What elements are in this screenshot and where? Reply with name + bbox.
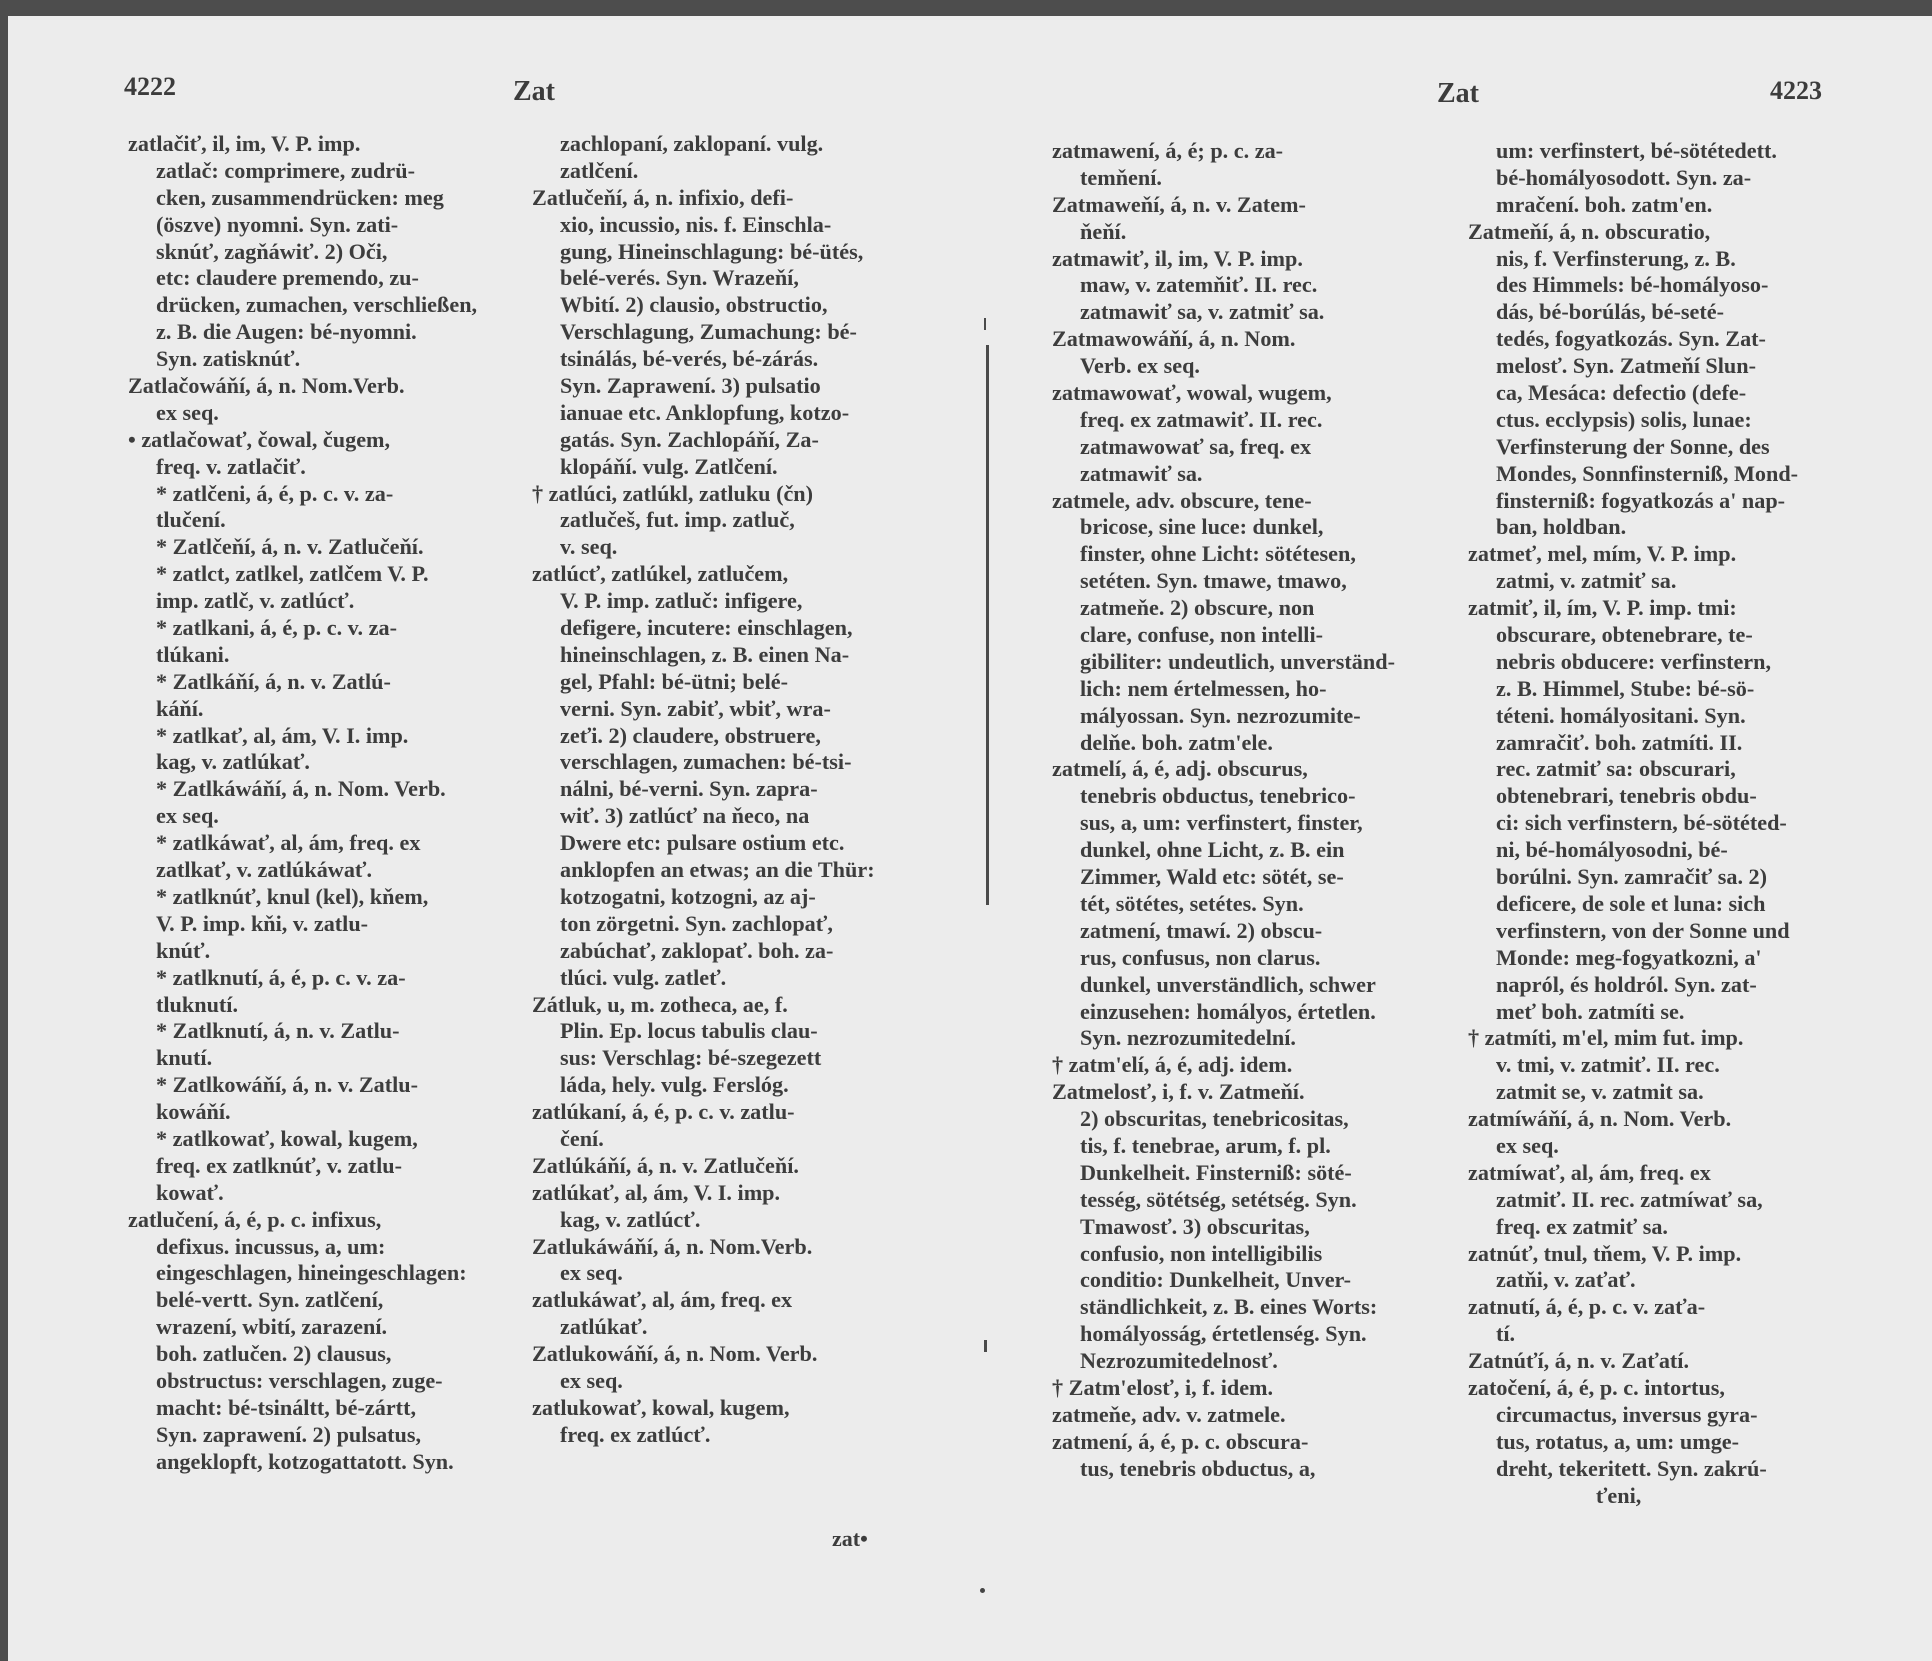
entry-continuation-line: káňí.: [128, 696, 513, 723]
entry-continuation-line: 2) obscuritas, tenebricositas,: [1052, 1106, 1457, 1133]
entry-continuation-line: zatmawiť sa, v. zatmiť sa.: [1052, 299, 1457, 326]
gutter-tick: [984, 1340, 987, 1352]
entry-continuation-line: Monde: meg-fogyatkozni, a': [1468, 945, 1868, 972]
entry-continuation-line: kowať.: [128, 1180, 513, 1207]
left-running-head: Zat: [513, 76, 555, 108]
entry-continuation-line: nálni, bé-verni. Syn. zapra-: [532, 776, 932, 803]
entry-continuation-line: Dunkelheit. Finsterniß: söté-: [1052, 1160, 1457, 1187]
entry-headword-line: † zatm'elí, á, é, adj. idem.: [1052, 1052, 1457, 1079]
entry-continuation-line: téteni. homályositani. Syn.: [1468, 703, 1868, 730]
entry-headword-line: Zatmaweňí, á, n. v. Zatem-: [1052, 192, 1457, 219]
entry-continuation-line: melosť. Syn. Zatmeňí Slun-: [1468, 353, 1868, 380]
entry-continuation-line: tlúci. vulg. zatleť.: [532, 965, 932, 992]
entry-continuation-line: sus, a, um: verfinstert, finster,: [1052, 810, 1457, 837]
entry-continuation-line: * zatlkowať, kowal, kugem,: [128, 1126, 513, 1153]
entry-continuation-line: defigere, incutere: einschlagen,: [532, 615, 932, 642]
left-page-column-2: zachlopaní, zaklopaní. vulg.zatlčení.Zat…: [532, 131, 932, 1449]
entry-headword-line: zatlukowať, kowal, kugem,: [532, 1395, 932, 1422]
entry-continuation-line: tus, rotatus, a, um: umge-: [1468, 1429, 1868, 1456]
right-page-column-2: um: verfinstert, bé-sötétedett.bé-homály…: [1468, 138, 1868, 1509]
entry-headword-line: zatlúkaní, á, é, p. c. v. zatlu-: [532, 1099, 932, 1126]
entry-continuation-line: xio, incussio, nis. f. Einschla-: [532, 212, 932, 239]
entry-continuation-line: nis, f. Verfinsterung, z. B.: [1468, 246, 1868, 273]
entry-continuation-line: Zimmer, Wald etc: sötét, se-: [1052, 864, 1457, 891]
entry-continuation-line: clare, confuse, non intelli-: [1052, 622, 1457, 649]
entry-headword-line: zatmení, á, é, p. c. obscura-: [1052, 1429, 1457, 1456]
entry-continuation-line: tlúkani.: [128, 642, 513, 669]
entry-continuation-line: gung, Hineinschlagung: bé-ütés,: [532, 239, 932, 266]
gutter-line: [986, 345, 989, 905]
entry-continuation-line: Plin. Ep. locus tabulis clau-: [532, 1018, 932, 1045]
entry-continuation-line: z. B. die Augen: bé-nyomni.: [128, 319, 513, 346]
entry-continuation-line: tenebris obductus, tenebrico-: [1052, 783, 1457, 810]
entry-continuation-line: zeťi. 2) claudere, obstruere,: [532, 723, 932, 750]
entry-continuation-line: Wbití. 2) clausio, obstructio,: [532, 292, 932, 319]
entry-headword-line: Zatnúťí, á, n. v. Zaťatí.: [1468, 1348, 1868, 1375]
entry-continuation-line: nebris obducere: verfinstern,: [1468, 649, 1868, 676]
right-page-column-1: zatmawení, á, é; p. c. za-temňení.Zatmaw…: [1052, 138, 1457, 1483]
entry-continuation-line: dreht, tekeritett. Syn. zakrú-: [1468, 1456, 1868, 1483]
entry-headword-line: • zatlačowať, čowal, čugem,: [128, 427, 513, 454]
entry-continuation-line: (öszve) nyomni. Syn. zati-: [128, 212, 513, 239]
entry-continuation-line: anklopfen an etwas; an die Thür:: [532, 857, 932, 884]
entry-continuation-line: finsterniß: fogyatkozás a' nap-: [1468, 488, 1868, 515]
entry-headword-line: zatmiť, il, ím, V. P. imp. tmi:: [1468, 595, 1868, 622]
bottom-mark: [980, 1588, 985, 1593]
entry-headword-line: zatmawiť, il, im, V. P. imp.: [1052, 246, 1457, 273]
entry-continuation-line: ex seq.: [128, 803, 513, 830]
entry-continuation-line: zatmawiť sa.: [1052, 461, 1457, 488]
entry-headword-line: † zatmíti, m'el, mim fut. imp.: [1468, 1025, 1868, 1052]
entry-continuation-line: rec. zatmiť sa: obscurari,: [1468, 756, 1868, 783]
entry-continuation-line: ianuae etc. Anklopfung, kotzo-: [532, 400, 932, 427]
entry-continuation-line: ca, Mesáca: defectio (defe-: [1468, 380, 1868, 407]
entry-continuation-line: belé-vertt. Syn. zatlčení,: [128, 1287, 513, 1314]
entry-headword-line: zatlučení, á, é, p. c. infixus,: [128, 1207, 513, 1234]
entry-continuation-line: obscurare, obtenebrare, te-: [1468, 622, 1868, 649]
entry-continuation-line: hineinschlagen, z. B. einen Na-: [532, 642, 932, 669]
entry-headword-line: zatmelí, á, é, adj. obscurus,: [1052, 756, 1457, 783]
entry-continuation-line: ex seq.: [532, 1260, 932, 1287]
entry-continuation-line: Syn. nezrozumitedelní.: [1052, 1025, 1457, 1052]
entry-continuation-line: dunkel, ohne Licht, z. B. ein: [1052, 837, 1457, 864]
entry-continuation-line: zatlučeš, fut. imp. zatluč,: [532, 507, 932, 534]
entry-continuation-line: ex seq.: [532, 1368, 932, 1395]
entry-continuation-line: boh. zatlučen. 2) clausus,: [128, 1341, 513, 1368]
entry-continuation-line: napról, és holdról. Syn. zat-: [1468, 972, 1868, 999]
entry-headword-line: zatmawowať, wowal, wugem,: [1052, 380, 1457, 407]
entry-continuation-line: v. tmi, v. zatmiť. II. rec.: [1468, 1052, 1868, 1079]
entry-continuation-line: v. seq.: [532, 534, 932, 561]
entry-continuation-line: meť boh. zatmíti se.: [1468, 999, 1868, 1026]
entry-continuation-line: borúlni. Syn. zamračiť sa. 2): [1468, 864, 1868, 891]
entry-continuation-line: des Himmels: bé-homályoso-: [1468, 272, 1868, 299]
entry-continuation-line: freq. ex zatmawiť. II. rec.: [1052, 407, 1457, 434]
entry-headword-line: zatmeňe, adv. v. zatmele.: [1052, 1402, 1457, 1429]
entry-continuation-line: Verfinsterung der Sonne, des: [1468, 434, 1868, 461]
entry-continuation-line: Syn. zatisknúť.: [128, 346, 513, 373]
entry-continuation-line: belé-verés. Syn. Wrazeňí,: [532, 265, 932, 292]
entry-continuation-line: zatmawowať sa, freq. ex: [1052, 434, 1457, 461]
entry-continuation-line: * zatlkani, á, é, p. c. v. za-: [128, 615, 513, 642]
entry-continuation-line: láda, hely. vulg. Ferslóg.: [532, 1072, 932, 1099]
entry-continuation-line: * Zatlkowáňí, á, n. v. Zatlu-: [128, 1072, 513, 1099]
left-page-column-1: zatlačiť, il, im, V. P. imp.zatlač: comp…: [128, 131, 513, 1476]
entry-headword-line: Zatmeňí, á, n. obscuratio,: [1468, 219, 1868, 246]
entry-continuation-line: bricose, sine luce: dunkel,: [1052, 514, 1457, 541]
entry-continuation-line: lich: nem értelmessen, ho-: [1052, 676, 1457, 703]
entry-continuation-line: * zatlknúť, knul (kel), kňem,: [128, 884, 513, 911]
entry-continuation-line: zatlčení.: [532, 158, 932, 185]
right-running-head: Zat: [1437, 78, 1479, 110]
entry-continuation-line: ni, bé-homályosodni, bé-: [1468, 837, 1868, 864]
entry-continuation-line: tsinálás, bé-verés, bé-zárás.: [532, 346, 932, 373]
entry-continuation-line: * Zatlknutí, á, n. v. Zatlu-: [128, 1018, 513, 1045]
entry-continuation-line: zamračiť. boh. zatmíti. II.: [1468, 730, 1868, 757]
entry-headword-line: zatmíwáňí, á, n. Nom. Verb.: [1468, 1106, 1868, 1133]
entry-continuation-line: zatňi, v. zaťať.: [1468, 1267, 1868, 1294]
entry-continuation-line: * Zatlčeňí, á, n. v. Zatlučeňí.: [128, 534, 513, 561]
entry-headword-line: zatmele, adv. obscure, tene-: [1052, 488, 1457, 515]
entry-continuation-line: dunkel, unverständlich, schwer: [1052, 972, 1457, 999]
entry-continuation-line: deficere, de sole et luna: sich: [1468, 891, 1868, 918]
entry-continuation-line: zatmi, v. zatmiť sa.: [1468, 568, 1868, 595]
entry-continuation-line: Verschlagung, Zumachung: bé-: [532, 319, 932, 346]
entry-headword-line: Zátluk, u, m. zotheca, ae, f.: [532, 992, 932, 1019]
entry-continuation-line: imp. zatlč, v. zatlúcť.: [128, 588, 513, 615]
left-page-number: 4222: [124, 72, 176, 102]
entry-continuation-line: ex seq.: [1468, 1133, 1868, 1160]
entry-continuation-line: sknúť, zagňáwiť. 2) Oči,: [128, 239, 513, 266]
entry-headword-line: Zatlučeňí, á, n. infixio, defi-: [532, 185, 932, 212]
entry-continuation-line: Verb. ex seq.: [1052, 353, 1457, 380]
entry-continuation-line: tus, tenebris obductus, a,: [1052, 1456, 1457, 1483]
entry-continuation-line: tét, sötétes, setétes. Syn.: [1052, 891, 1457, 918]
scan-border-left: [0, 0, 8, 1661]
entry-continuation-line: Dwere etc: pulsare ostium etc.: [532, 830, 932, 857]
entry-headword-line: Zatlukáwáňí, á, n. Nom.Verb.: [532, 1234, 932, 1261]
entry-continuation-line: freq. ex zatmiť sa.: [1468, 1214, 1868, 1241]
entry-continuation-line: kag, v. zatlúcť.: [532, 1207, 932, 1234]
entry-continuation-line: verni. Syn. zabiť, wbiť, wra-: [532, 696, 932, 723]
entry-continuation-line: knutí.: [128, 1045, 513, 1072]
entry-continuation-line: drücken, zumachen, verschließen,: [128, 292, 513, 319]
entry-continuation-line: Syn. Zaprawení. 3) pulsatio: [532, 373, 932, 400]
entry-continuation-line: ctus. ecclypsis) solis, lunae:: [1468, 407, 1868, 434]
entry-continuation-line: zatmení, tmawí. 2) obscu-: [1052, 918, 1457, 945]
entry-headword-line: zatlačiť, il, im, V. P. imp.: [128, 131, 513, 158]
entry-continuation-line: rus, confusus, non clarus.: [1052, 945, 1457, 972]
entry-continuation-line: zatmiť. II. rec. zatmíwať sa,: [1468, 1187, 1868, 1214]
entry-headword-line: zatnutí, á, é, p. c. v. zaťa-: [1468, 1294, 1868, 1321]
entry-continuation-line: ton zörgetni. Syn. zachlopať,: [532, 911, 932, 938]
entry-continuation-line: V. P. imp. zatluč: infigere,: [532, 588, 932, 615]
entry-continuation-line: * zatlkať, al, ám, V. I. imp.: [128, 723, 513, 750]
entry-continuation-line: mályossan. Syn. nezrozumite-: [1052, 703, 1457, 730]
entry-continuation-line: * zatlct, zatlkel, zatlčem V. P.: [128, 561, 513, 588]
entry-headword-line: Zatmawowáňí, á, n. Nom.: [1052, 326, 1457, 353]
entry-continuation-line: setéten. Syn. tmawe, tmawo,: [1052, 568, 1457, 595]
entry-continuation-line: einzusehen: homályos, értetlen.: [1052, 999, 1457, 1026]
entry-continuation-line: ťeni,: [1468, 1483, 1868, 1510]
entry-continuation-line: macht: bé-tsináltt, bé-zártt,: [128, 1395, 513, 1422]
entry-continuation-line: tesség, sötétség, setétség. Syn.: [1052, 1187, 1457, 1214]
entry-headword-line: zatočení, á, é, p. c. intortus,: [1468, 1375, 1868, 1402]
entry-continuation-line: freq. v. zatlačiť.: [128, 454, 513, 481]
entry-continuation-line: verschlagen, zumachen: bé-tsi-: [532, 749, 932, 776]
entry-continuation-line: Nezrozumitedelnosť.: [1052, 1348, 1457, 1375]
entry-continuation-line: tí.: [1468, 1321, 1868, 1348]
entry-continuation-line: cken, zusammendrücken: meg: [128, 185, 513, 212]
entry-continuation-line: Tmawosť. 3) obscuritas,: [1052, 1214, 1457, 1241]
entry-continuation-line: z. B. Himmel, Stube: bé-sö-: [1468, 676, 1868, 703]
entry-headword-line: zatlúkať, al, ám, V. I. imp.: [532, 1180, 932, 1207]
entry-continuation-line: zatlúkať.: [532, 1314, 932, 1341]
entry-continuation-line: homályosság, értetlenség. Syn.: [1052, 1321, 1457, 1348]
entry-continuation-line: verfinstern, von der Sonne und: [1468, 918, 1868, 945]
entry-headword-line: zatmawení, á, é; p. c. za-: [1052, 138, 1457, 165]
gutter-tick: [984, 318, 986, 330]
entry-continuation-line: * zatlčeni, á, é, p. c. v. za-: [128, 481, 513, 508]
entry-continuation-line: zatlkať, v. zatlúkáwať.: [128, 857, 513, 884]
entry-continuation-line: wiť. 3) zatlúcť na ňeco, na: [532, 803, 932, 830]
entry-headword-line: zatmeť, mel, mím, V. P. imp.: [1468, 541, 1868, 568]
entry-continuation-line: bé-homályosodott. Syn. za-: [1468, 165, 1868, 192]
entry-continuation-line: gatás. Syn. Zachlopáňí, Za-: [532, 427, 932, 454]
entry-continuation-line: zatlač: comprimere, zudrü-: [128, 158, 513, 185]
entry-continuation-line: * Zatlkáňí, á, n. v. Zatlú-: [128, 669, 513, 696]
entry-headword-line: Zatlačowáňí, á, n. Nom.Verb.: [128, 373, 513, 400]
entry-continuation-line: klopáňí. vulg. Zatlčení.: [532, 454, 932, 481]
entry-continuation-line: tluknutí.: [128, 992, 513, 1019]
entry-continuation-line: confusio, non intelligibilis: [1052, 1241, 1457, 1268]
entry-continuation-line: maw, v. zatemňiť. II. rec.: [1052, 272, 1457, 299]
entry-continuation-line: V. P. imp. kňi, v. zatlu-: [128, 911, 513, 938]
entry-continuation-line: freq. ex zatlknúť, v. zatlu-: [128, 1153, 513, 1180]
entry-continuation-line: finster, ohne Licht: sötétesen,: [1052, 541, 1457, 568]
entry-continuation-line: tis, f. tenebrae, arum, f. pl.: [1052, 1133, 1457, 1160]
entry-continuation-line: um: verfinstert, bé-sötétedett.: [1468, 138, 1868, 165]
entry-headword-line: Zatmelosť, i, f. v. Zatmeňí.: [1052, 1079, 1457, 1106]
entry-continuation-line: knúť.: [128, 938, 513, 965]
entry-continuation-line: kotzogatni, kotzogni, az aj-: [532, 884, 932, 911]
entry-continuation-line: zachlopaní, zaklopaní. vulg.: [532, 131, 932, 158]
entry-continuation-line: circumactus, inversus gyra-: [1468, 1402, 1868, 1429]
entry-continuation-line: kag, v. zatlúkať.: [128, 749, 513, 776]
entry-headword-line: † Zatm'elosť, i, f. idem.: [1052, 1375, 1457, 1402]
entry-continuation-line: * zatlknutí, á, é, p. c. v. za-: [128, 965, 513, 992]
entry-continuation-line: * Zatlkáwáňí, á, n. Nom. Verb.: [128, 776, 513, 803]
entry-continuation-line: etc: claudere premendo, zu-: [128, 265, 513, 292]
entry-continuation-line: gel, Pfahl: bé-ütni; belé-: [532, 669, 932, 696]
entry-continuation-line: freq. ex zatlúcť.: [532, 1422, 932, 1449]
entry-continuation-line: obtenebrari, tenebris obdu-: [1468, 783, 1868, 810]
entry-continuation-line: angeklopft, kotzogattatott. Syn.: [128, 1449, 513, 1476]
entry-continuation-line: zatmit se, v. zatmit sa.: [1468, 1079, 1868, 1106]
entry-continuation-line: ci: sich verfinstern, bé-sötéted-: [1468, 810, 1868, 837]
entry-continuation-line: ňeňí.: [1052, 219, 1457, 246]
entry-headword-line: zatlukáwať, al, ám, freq. ex: [532, 1287, 932, 1314]
entry-continuation-line: ex seq.: [128, 400, 513, 427]
entry-continuation-line: dás, bé-borúlás, bé-seté-: [1468, 299, 1868, 326]
entry-continuation-line: * zatlkáwať, al, ám, freq. ex: [128, 830, 513, 857]
entry-continuation-line: zatmeňe. 2) obscure, non: [1052, 595, 1457, 622]
entry-continuation-line: sus: Verschlag: bé-szegezett: [532, 1045, 932, 1072]
entry-headword-line: † zatlúci, zatlúkl, zatluku (čn): [532, 481, 932, 508]
entry-continuation-line: wrazení, wbití, zarazení.: [128, 1314, 513, 1341]
catchword: zat•: [832, 1526, 868, 1552]
entry-continuation-line: kowáňí.: [128, 1099, 513, 1126]
entry-continuation-line: tedés, fogyatkozás. Syn. Zat-: [1468, 326, 1868, 353]
entry-headword-line: zatlúcť, zatlúkel, zatlučem,: [532, 561, 932, 588]
entry-continuation-line: ständlichkeit, z. B. eines Worts:: [1052, 1294, 1457, 1321]
entry-continuation-line: delňe. boh. zatm'ele.: [1052, 730, 1457, 757]
entry-headword-line: zatnúť, tnul, tňem, V. P. imp.: [1468, 1241, 1868, 1268]
entry-continuation-line: tlučení.: [128, 507, 513, 534]
entry-continuation-line: Syn. zaprawení. 2) pulsatus,: [128, 1422, 513, 1449]
entry-continuation-line: ban, holdban.: [1468, 514, 1868, 541]
entry-continuation-line: eingeschlagen, hineingeschlagen:: [128, 1260, 513, 1287]
entry-continuation-line: conditio: Dunkelheit, Unver-: [1052, 1267, 1457, 1294]
entry-continuation-line: čení.: [532, 1126, 932, 1153]
entry-headword-line: Zatlukowáňí, á, n. Nom. Verb.: [532, 1341, 932, 1368]
entry-continuation-line: obstructus: verschlagen, zuge-: [128, 1368, 513, 1395]
entry-continuation-line: defixus. incussus, a, um:: [128, 1234, 513, 1261]
entry-continuation-line: mračení. boh. zatm'en.: [1468, 192, 1868, 219]
entry-continuation-line: temňení.: [1052, 165, 1457, 192]
entry-continuation-line: Mondes, Sonnfinsterniß, Mond-: [1468, 461, 1868, 488]
entry-continuation-line: zabúchať, zaklopať. boh. za-: [532, 938, 932, 965]
entry-continuation-line: gibiliter: undeutlich, unverständ-: [1052, 649, 1457, 676]
entry-headword-line: zatmíwať, al, ám, freq. ex: [1468, 1160, 1868, 1187]
right-page-number: 4223: [1770, 76, 1822, 106]
entry-headword-line: Zatlúkáňí, á, n. v. Zatlučeňí.: [532, 1153, 932, 1180]
